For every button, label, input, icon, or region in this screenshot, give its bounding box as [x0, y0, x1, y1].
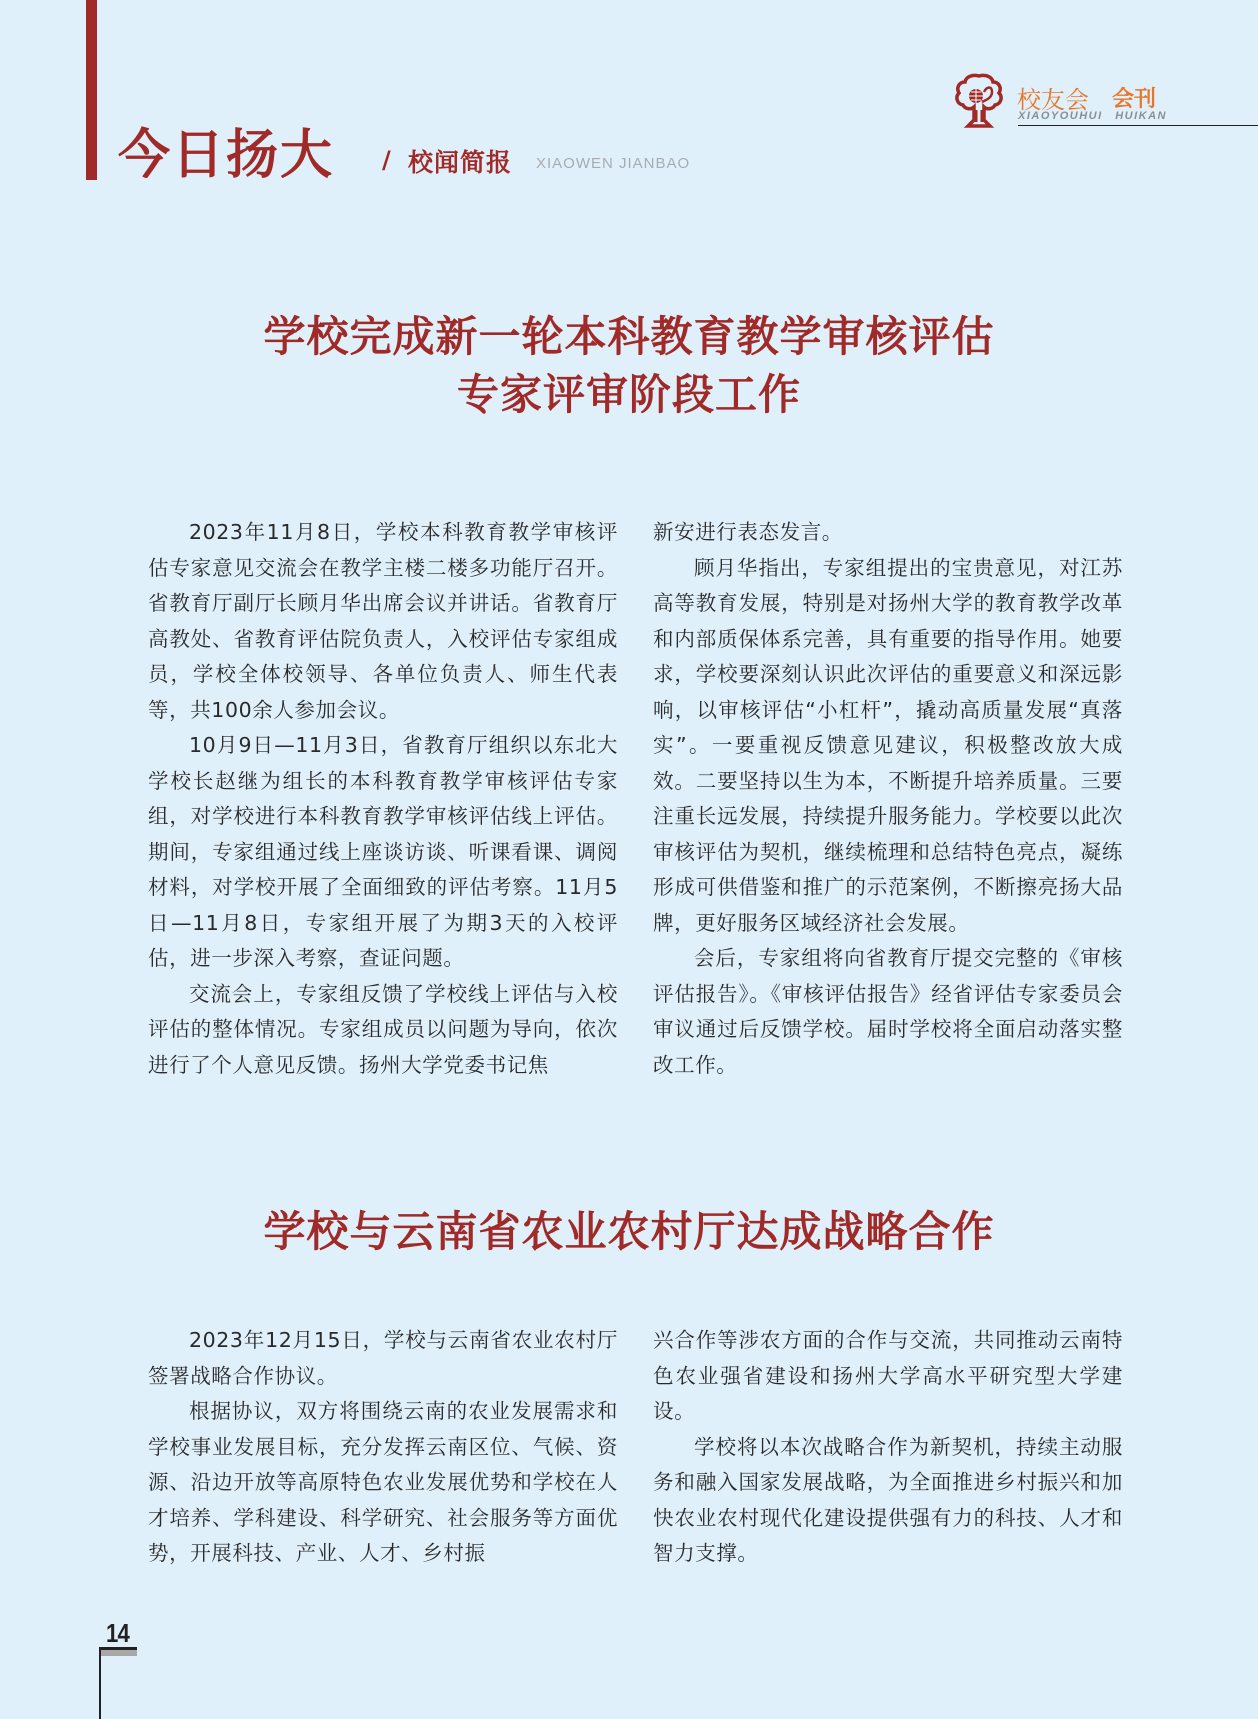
paragraph: 兴合作等涉农方面的合作与交流，共同推动云南特色农业强省建设和扬州大学高水平研究型…	[653, 1323, 1123, 1430]
paragraph: 10月9日—11月3日，省教育厅组织以东北大学校长赵继为组长的本科教育教学审核评…	[148, 728, 618, 977]
section-accent-bar	[86, 0, 97, 180]
paragraph: 新安进行表态发言。	[653, 515, 1123, 551]
article-2-title-line-1: 学校与云南省农业农村厅达成战略合作	[0, 1203, 1258, 1261]
article-1-right-column: 新安进行表态发言。 顾月华指出，专家组提出的宝贵意见，对江苏高等教育发展，特别是…	[653, 515, 1123, 1083]
title-separator: /	[382, 146, 391, 174]
page-corner-shade	[101, 1650, 137, 1656]
paragraph: 交流会上，专家组反馈了学校线上评估与入校评估的整体情况。专家组成员以问题为导向，…	[148, 977, 618, 1084]
column-title-pinyin: XIAOWEN JIANBAO	[536, 155, 690, 172]
column-title: 校闻简报	[408, 143, 512, 179]
paragraph: 会后，专家组将向省教育厅提交完整的《审核评估报告》。《审核评估报告》经省评估专家…	[653, 941, 1123, 1083]
page-number: 14	[106, 1618, 129, 1649]
article-2-right-column: 兴合作等涉农方面的合作与交流，共同推动云南特色农业强省建设和扬州大学高水平研究型…	[653, 1323, 1123, 1572]
article-2-left-column: 2023年12月15日，学校与云南省农业农村厅签署战略合作协议。 根据协议，双方…	[148, 1323, 618, 1572]
article-1-left-column: 2023年11月8日，学校本科教育教学审核评估专家意见交流会在教学主楼二楼多功能…	[148, 515, 618, 1083]
paragraph: 根据协议，双方将围绕云南的农业发展需求和学校事业发展目标，充分发挥云南区位、气候…	[148, 1394, 618, 1572]
paragraph: 2023年12月15日，学校与云南省农业农村厅签署战略合作协议。	[148, 1323, 618, 1394]
article-1-title-line-1: 学校完成新一轮本科教育教学审核评估	[0, 308, 1258, 366]
paragraph: 顾月华指出，专家组提出的宝贵意见，对江苏高等教育发展，特别是对扬州大学的教育教学…	[653, 551, 1123, 942]
page-corner-vertical-rule	[99, 1647, 101, 1719]
article-2-title: 学校与云南省农业农村厅达成战略合作	[0, 1203, 1258, 1261]
university-tree-logo-icon	[954, 72, 1004, 128]
brand-pinyin: XIAOYOUHUI HUIKAN	[1018, 110, 1167, 122]
section-title: 今日扬大	[118, 111, 334, 188]
brand-journal-label: 会刊	[1112, 82, 1156, 113]
paragraph: 学校将以本次战略合作为新契机，持续主动服务和融入国家发展战略，为全面推进乡村振兴…	[653, 1430, 1123, 1572]
article-1-title: 学校完成新一轮本科教育教学审核评估 专家评审阶段工作	[0, 308, 1258, 424]
paragraph: 2023年11月8日，学校本科教育教学审核评估专家意见交流会在教学主楼二楼多功能…	[148, 515, 618, 728]
article-1-title-line-2: 专家评审阶段工作	[0, 366, 1258, 424]
header-rule	[1018, 125, 1258, 126]
